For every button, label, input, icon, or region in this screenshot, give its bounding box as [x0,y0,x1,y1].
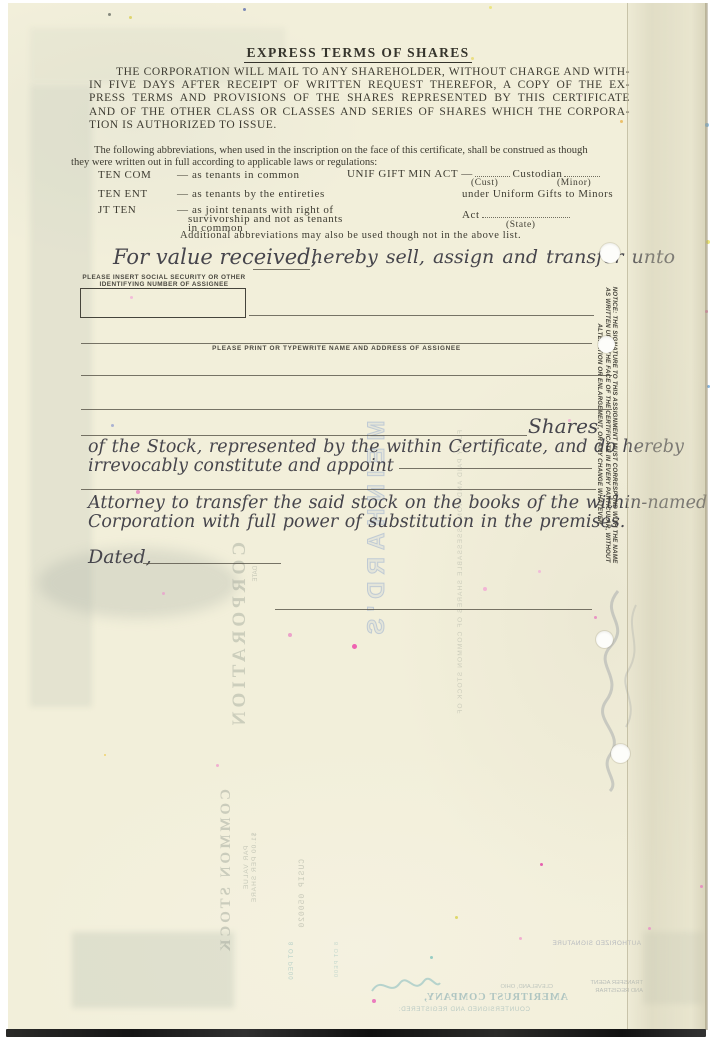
scan-bottom-shadow [6,1029,706,1037]
speckle-dot [580,95,582,97]
abbrev-ten-com: TEN COM [98,169,151,181]
speckle-dot [620,120,623,123]
terms-line-2: IN FIVE DAYS AFTER RECEIPT OF WRITTEN RE… [89,79,630,92]
speckle-dot [108,13,111,16]
ghost-certificate-number-2: 8 OT PE00 [334,942,342,1002]
unif-gift-custodian: Custodian [512,168,562,180]
abbrev-ten-com-def: — as tenants in common [177,169,300,181]
ghost-signature-squiggle-bottom [368,971,443,1001]
signature-line [275,609,592,610]
speckle-dot [111,424,114,427]
unif-gift-act: Act [462,209,480,221]
ghost-corporation: CORPORATION [229,542,251,714]
notice-line-1: NOTICE: THE SIGNATURE TO THIS ASSIGNMENT… [611,266,618,584]
unif-gift-under: under Uniform Gifts to Minors [462,188,613,200]
paper-right-edge [705,3,708,1030]
speckle-dot [372,999,376,1003]
unif-gift-state: (State) [506,220,536,230]
speckle-dot [538,570,541,573]
paper-fold-band [627,3,707,1030]
act-leader [482,214,570,218]
custodian-leader-right [564,173,600,177]
page-title: EXPRESS TERMS OF SHARES [180,44,536,63]
speckle-dot [136,490,140,494]
abbrev-intro-line-2: they were written out in full according … [71,157,631,169]
ghost-date-label: DATE [253,566,261,596]
attorney-line-2: Corporation with full power of substitut… [88,512,625,532]
notice-rotated: NOTICE: THE SIGNATURE TO THIS ASSIGNMENT… [596,266,618,584]
speckle-dot [243,8,246,11]
abbrev-jt-ten: JT TEN [98,204,136,216]
terms-line-3: PRESS TERMS AND PROVISIONS OF THE SHARES… [89,92,630,105]
ghost-ornament-bottom-left [72,932,234,1008]
notice-line-3: ALTERATION OR ENLARGEMENT, OR ANY CHANGE… [596,266,603,584]
terms-paragraph: THE CORPORATION WILL MAIL TO ANY SHAREHO… [89,66,630,132]
punch-hole-1 [600,243,620,263]
ssn-instruction: PLEASE INSERT SOCIAL SECURITY OR OTHER I… [80,274,248,288]
ghost-common-stock: COMMON STOCK [218,789,238,939]
assignee-line-top [249,315,594,316]
ghost-par-value: PAR VALUE $1.00 PER SHARE [243,813,259,923]
ghost-authorized-signature: AUTHORIZED SIGNATURE [531,940,641,947]
abbrev-ten-ent: TEN ENT [98,188,148,200]
hereby-sell-text: hereby sell, assign and transfer unto [311,246,675,268]
speckle-dot [489,6,492,9]
speckle-dot [540,863,543,866]
speckle-dot [352,644,357,649]
abbreviations-intro: The following abbreviations, when used i… [71,145,631,169]
shares-blank-line [81,435,527,436]
speckle-dot [430,956,433,959]
abbrev-intro-line-1: The following abbreviations, when used i… [71,145,631,157]
speckle-dot [104,754,106,756]
speckle-dot [216,764,219,767]
ssn-box [80,288,246,318]
speckle-dot [288,633,292,637]
speckle-dot [471,57,474,60]
speckle-dot [568,419,571,422]
custodian-leader-left [475,173,511,177]
ssn-instruction-line-2: IDENTIFYING NUMBER OF ASSIGNEE [80,281,248,288]
terms-line-1: THE CORPORATION WILL MAIL TO ANY SHAREHO… [89,66,630,79]
speckle-dot [162,592,165,595]
speckle-dot [129,16,132,19]
abbrev-additional-note: Additional abbreviations may also be use… [180,230,521,241]
for-value-received-text: For value received, [113,245,317,269]
ghost-fully-paid: FULLY PAID AND NON-ASSESSABLE SHARES OF … [457,430,467,710]
dated-label: Dated, [88,546,152,568]
terms-line-5: TION IS AUTHORIZED TO ISSUE. [89,119,630,132]
shares-label: Shares [528,414,598,438]
punch-hole-3 [596,631,613,648]
unif-gift-cust: (Cust) [471,178,498,188]
appoint-blank-line [399,468,592,469]
ghost-border-band-left [30,85,92,707]
unif-gift-label: UNIF GIFT MIN ACT — [347,168,473,180]
terms-line-4: AND OF THE OTHER CLASS OR CLASSES AND SE… [89,106,630,119]
speckle-dot [519,937,522,940]
speckle-dot [648,927,651,930]
certificate-paper: MEINHARD'S CORPORATION COMMON STOCK PAR … [8,3,706,1030]
notice-line-2: AS WRITTEN UPON THE FACE OF THE CERTIFIC… [603,266,610,584]
punch-hole-2 [598,336,615,353]
speckle-dot [455,916,458,919]
ghost-cusip: CUSIP 050020 [298,859,308,969]
scanned-certificate-back: MEINHARD'S CORPORATION COMMON STOCK PAR … [0,0,720,1045]
assignee-name-line-1 [81,343,592,344]
punch-hole-4 [611,744,630,763]
speckle-dot [130,296,133,299]
ssn-instruction-line-1: PLEASE INSERT SOCIAL SECURITY OR OTHER [80,274,248,281]
ghost-countersigned: COUNTERSIGNED AND REGISTERED: [380,1006,530,1013]
ghost-certificate-number: 8 OT PE00 [289,942,297,1002]
print-caption: PLEASE PRINT OR TYPEWRITE NAME AND ADDRE… [81,345,592,352]
assignee-name-line-3 [81,409,612,410]
abbrev-ten-ent-def: — as tenants by the entireties [177,188,325,200]
speckle-dot [483,587,487,591]
dated-blank-line [143,563,281,564]
ghost-cleveland-ohio: CLEVELAND, OHIO [448,984,553,990]
attorney-blank-line [81,489,596,490]
speckle-dot [594,616,597,619]
of-stock-line-1: of the Stock, represented by the within … [88,437,684,457]
speckle-dot [700,885,703,888]
of-stock-line-2: irrevocably constitute and appoint [88,456,394,476]
value-blank-line [253,269,310,270]
assignee-name-line-2 [81,375,612,376]
unif-gift-minor: (Minor) [557,178,591,188]
